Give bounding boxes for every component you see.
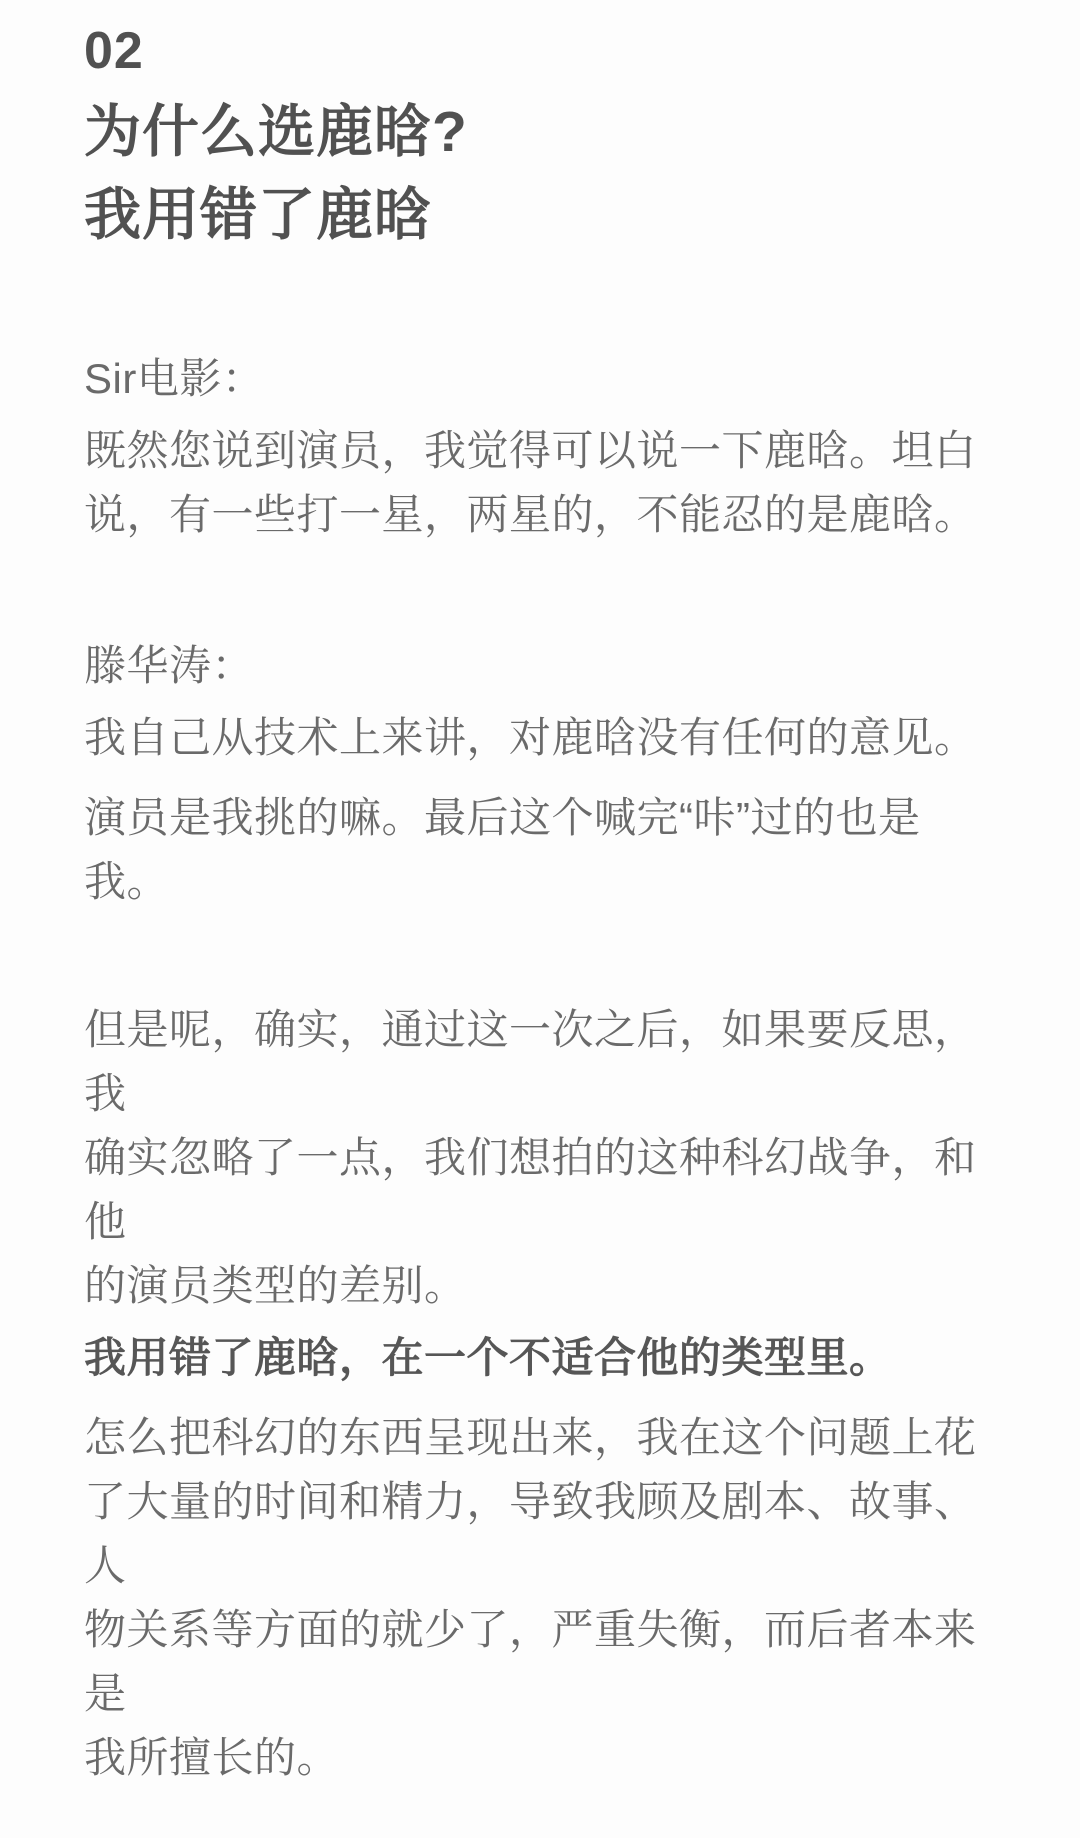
article-page: { "page": { "background": "#fdfdfd", "bo… (0, 16, 1080, 1838)
paragraph-answer-key-quote: 我用错了鹿晗，在一个不适合他的类型里。 (84, 1326, 996, 1390)
paragraph-answer-2: 演员是我挑的嘛。最后这个喊完“咔”过的也是我。 (84, 786, 996, 914)
text-line: 既然您说到演员，我觉得可以说一下鹿晗。坦白 (84, 419, 996, 483)
text-line: 确实忽略了一点，我们想拍的这种科幻战争，和他 (84, 1126, 996, 1254)
speaker-label-tenghuatao: 滕华涛： (84, 634, 996, 698)
section-title-line: 为什么选鹿晗? (84, 91, 996, 174)
section-number: 02 (84, 16, 996, 86)
paragraph-answer-4: 怎么把科幻的东西呈现出来，我在这个问题上花 了大量的时间和精力，导致我顾及剧本、… (84, 1406, 996, 1790)
text-line: 我所擅长的。 (84, 1726, 996, 1790)
text-line: 说，有一些打一星，两星的，不能忍的是鹿晗。 (84, 483, 996, 547)
text-line: 了大量的时间和精力，导致我顾及剧本、故事、人 (84, 1470, 996, 1598)
section-title: 为什么选鹿晗? 我用错了鹿晗 (84, 91, 996, 257)
qa-section-tenghuatao: 滕华涛： 我自己从技术上来讲，对鹿晗没有任何的意见。 演员是我挑的嘛。最后这个喊… (84, 634, 996, 1790)
qa-section-sir: Sir电影： 既然您说到演员，我觉得可以说一下鹿晗。坦白 说，有一些打一星，两星… (84, 347, 996, 547)
article-heading: 02 为什么选鹿晗? 我用错了鹿晗 (84, 16, 996, 257)
text-line: 物关系等方面的就少了，严重失衡，而后者本来是 (84, 1598, 996, 1726)
paragraph-answer-1: 我自己从技术上来讲，对鹿晗没有任何的意见。 (84, 706, 996, 770)
text-line: 演员是我挑的嘛。最后这个喊完“咔”过的也是我。 (84, 786, 996, 914)
text-line: 但是呢，确实，通过这一次之后，如果要反思，我 (84, 998, 996, 1126)
text-line: 我用错了鹿晗，在一个不适合他的类型里。 (84, 1326, 996, 1390)
paragraph-sir-question: 既然您说到演员，我觉得可以说一下鹿晗。坦白 说，有一些打一星，两星的，不能忍的是… (84, 419, 996, 547)
paragraph-answer-3: 但是呢，确实，通过这一次之后，如果要反思，我 确实忽略了一点，我们想拍的这种科幻… (84, 998, 996, 1318)
text-line: 我自己从技术上来讲，对鹿晗没有任何的意见。 (84, 706, 996, 770)
text-line: 怎么把科幻的东西呈现出来，我在这个问题上花 (84, 1406, 996, 1470)
article: 02 为什么选鹿晗? 我用错了鹿晗 Sir电影： 既然您说到演员，我觉得可以说一… (0, 16, 1080, 1838)
text-line: 的演员类型的差别。 (84, 1254, 996, 1318)
section-title-line: 我用错了鹿晗 (84, 174, 996, 257)
speaker-label-sir: Sir电影： (84, 347, 996, 411)
